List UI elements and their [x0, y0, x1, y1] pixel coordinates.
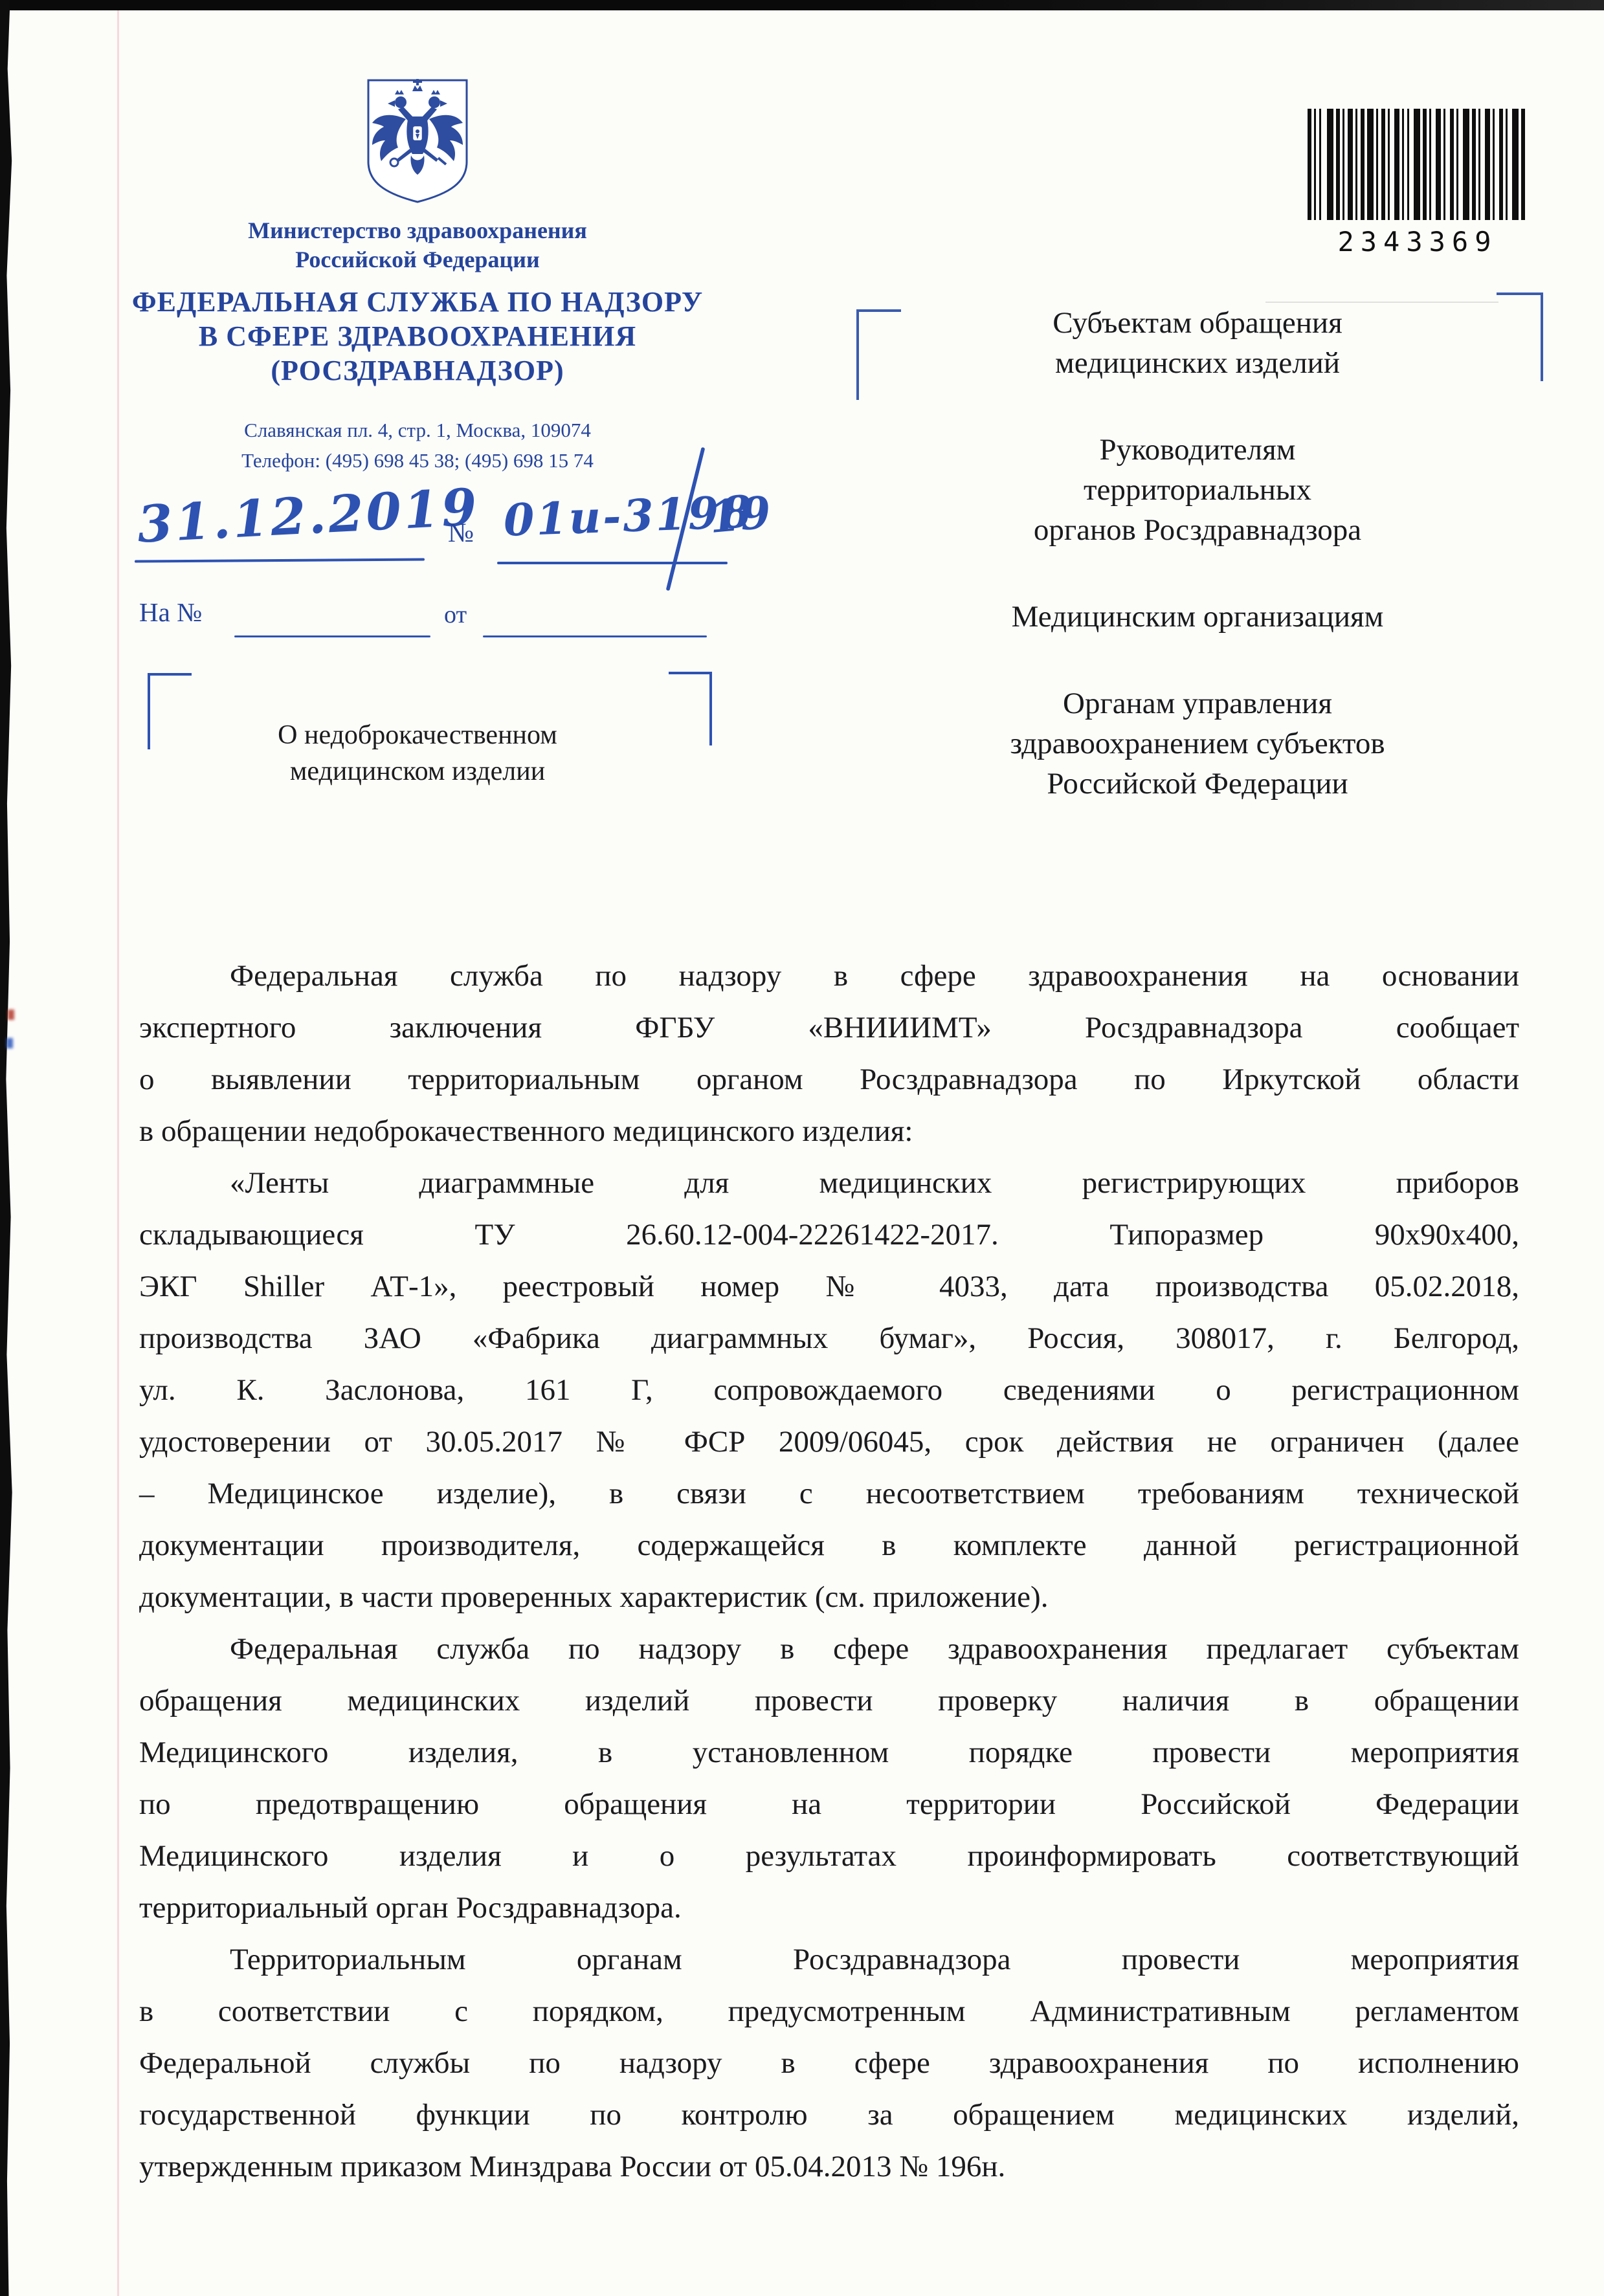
outgoing-date-handwritten: 31.12.2019	[136, 478, 481, 555]
addressee-line: Медицинским организациям	[861, 597, 1534, 637]
addressee-group: Медицинским организациям	[861, 597, 1534, 637]
barcode-number: 2343369	[1304, 226, 1531, 258]
body-text: Федеральная служба по надзору в сфере зд…	[139, 950, 1519, 2192]
body-line: «Ленты диаграммные для медицинских регис…	[139, 1157, 1519, 1209]
address-line: Славянская пл. 4, стр. 1, Москва, 109074	[129, 415, 706, 445]
body-line: производства ЗАО «Фабрика диаграммных бу…	[139, 1312, 1519, 1364]
body-line: удостоверении от 30.05.2017 № ФСР 2009/0…	[139, 1416, 1519, 1468]
body-line: складывающиеся ТУ 26.60.12-004-22261422-…	[139, 1209, 1519, 1261]
body-line: Федеральная служба по надзору в сфере зд…	[139, 950, 1519, 1002]
scan-edge-left	[0, 0, 17, 2296]
body-line: Территориальным органам Росздравнадзора …	[139, 1934, 1519, 1985]
addressee-group: Субъектам обращениямедицинских изделий	[861, 303, 1534, 383]
number-sign: №	[448, 518, 474, 549]
body-line: – Медицинское изделие), в связи с несоот…	[139, 1468, 1519, 1519]
stamp-corner-sender-left	[148, 673, 192, 749]
barcode-image	[1308, 109, 1528, 220]
scan-pink-line	[117, 10, 119, 2296]
ministry-name-line1: Министерство здравоохранения	[129, 216, 706, 245]
phone-line: Телефон: (495) 698 45 38; (495) 698 15 7…	[129, 445, 706, 476]
number-underline	[497, 562, 728, 564]
service-name-line3: (РОСЗДРАВНАДЗОР)	[129, 353, 706, 388]
body-line: ул. К. Заслонова, 161 Г, сопровождаемого…	[139, 1364, 1519, 1416]
ministry-name-line2: Российской Федерации	[129, 245, 706, 274]
body-line: Федеральная служба по надзору в сфере зд…	[139, 1623, 1519, 1675]
addressee-line: органов Росздравнадзора	[861, 510, 1534, 550]
reply-date-underline	[483, 635, 707, 637]
body-line: в соответствии с порядком, предусмотренн…	[139, 1985, 1519, 2037]
addressee-line: здравоохранением субъектов	[861, 723, 1534, 764]
addressee-line: Российской Федерации	[861, 764, 1534, 804]
subject-line-2: медицинском изделии	[194, 753, 641, 789]
letterhead: Министерство здравоохранения Российской …	[129, 76, 706, 476]
addressee-line: медицинских изделий	[861, 343, 1534, 383]
body-line: документации производителя, содержащейся…	[139, 1519, 1519, 1571]
subject: О недоброкачественном медицинском издели…	[194, 717, 641, 789]
body-line: Федеральной службы по надзору в сфере зд…	[139, 2037, 1519, 2089]
addressee-line: Органам управления	[861, 683, 1534, 723]
scan-speck-red	[8, 1010, 14, 1020]
body-line: о выявлении территориальным органом Росз…	[139, 1054, 1519, 1105]
addressee-group: Органам управленияздравоохранением субъе…	[861, 683, 1534, 804]
body-line: по предотвращению обращения на территори…	[139, 1778, 1519, 1830]
addressee-list: Субъектам обращениямедицинских изделийРу…	[861, 303, 1534, 850]
scanned-letter-page: Министерство здравоохранения Российской …	[0, 0, 1604, 2296]
addressee-line: Руководителям	[861, 430, 1534, 470]
outgoing-number-suffix: 19	[707, 487, 773, 544]
reply-from-label: от	[444, 601, 467, 629]
coat-of-arms-icon	[361, 76, 474, 206]
subject-line-1: О недоброкачественном	[194, 717, 641, 753]
barcode-label: 2343369	[1304, 109, 1531, 258]
service-name-line1: ФЕДЕРАЛЬНАЯ СЛУЖБА ПО НАДЗОРУ	[129, 285, 706, 319]
body-line: экспертного заключения ФГБУ «ВНИИИМТ» Ро…	[139, 1002, 1519, 1054]
reply-number-underline	[234, 635, 430, 637]
scan-edge-top	[0, 0, 1604, 10]
body-line: ЭКГ Shiller АТ-1», реестровый номер № 40…	[139, 1261, 1519, 1312]
body-line: государственной функции по контролю за о…	[139, 2089, 1519, 2141]
body-line: Медицинского изделия, в установленном по…	[139, 1727, 1519, 1778]
body-line: Медицинского изделия и о результатах про…	[139, 1830, 1519, 1882]
addressee-line: территориальных	[861, 470, 1534, 510]
addressee-line: Субъектам обращения	[861, 303, 1534, 343]
body-line: обращения медицинских изделий провести п…	[139, 1675, 1519, 1727]
reply-number-label: На №	[139, 597, 202, 628]
addressee-group: Руководителямтерриториальныхорганов Росз…	[861, 430, 1534, 550]
scan-speck-blue	[6, 1038, 13, 1048]
service-name-line2: В СФЕРЕ ЗДРАВООХРАНЕНИЯ	[129, 319, 706, 353]
date-underline	[135, 558, 425, 562]
stamp-corner-sender-right	[669, 672, 712, 745]
